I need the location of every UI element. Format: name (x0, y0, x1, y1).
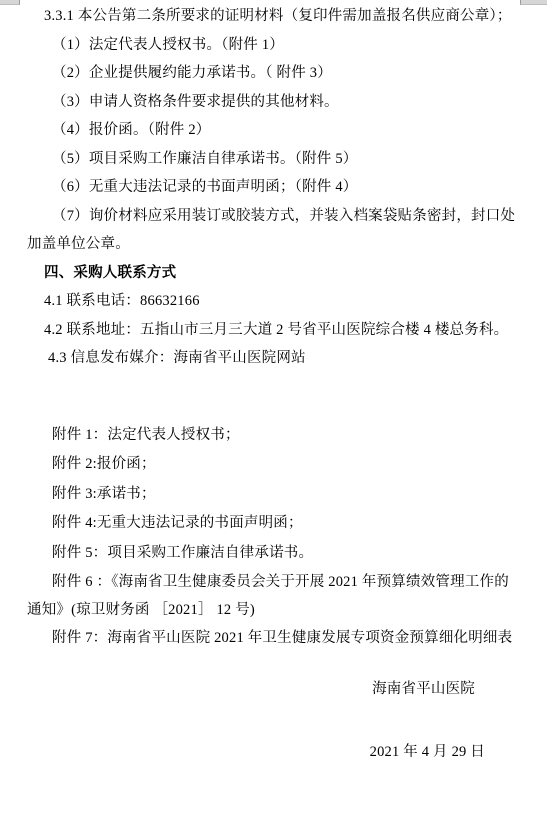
attachment-item-1: 附件 1：法定代表人授权书； (27, 421, 547, 451)
list-item-certification-5: （5）项目采购工作廉洁自律承诺书。（附件 5） (27, 145, 547, 174)
list-item-certification-7: （7）询价材料应采用装订或胶装方式，并装入档案袋贴条密封，封口处 (27, 202, 547, 231)
list-item-certification-2: （2）企业提供履约能力承诺书。（ 附件 3） (27, 59, 547, 88)
blank-space (27, 373, 547, 421)
signature-organization: 海南省平山医院 (27, 675, 547, 704)
attachment-item-6: 附件 6 ：《海南省卫生健康委员会关于开展 2021 年预算绩效管理工作的 (27, 568, 547, 596)
blank-space (27, 652, 547, 675)
paragraph-certification-intro: 3.3.1 本公告第二条所要求的证明材料（复印件需加盖报名供应商公章）； (27, 2, 547, 31)
signature-date: 2021 年 4 月 29 日 (27, 738, 547, 767)
list-item-certification-3: （3）申请人资格条件要求提供的其他材料。 (27, 88, 547, 117)
blank-space (27, 704, 547, 738)
attachment-item-6-continuation: 通知》(琼卫财务函 ［2021］ 12 号) (27, 596, 547, 624)
document-content: 3.3.1 本公告第二条所要求的证明材料（复印件需加盖报名供应商公章）； （1）… (0, 0, 547, 766)
list-item-certification-4: （4）报价函。（附件 2） (27, 116, 547, 145)
list-item-certification-1: （1）法定代表人授权书。（附件 1） (27, 31, 547, 60)
attachment-item-4: 附件 4:无重大违法记录的书面声明函； (27, 509, 547, 539)
list-item-certification-7-continuation: 加盖单位公章。 (27, 230, 547, 259)
contact-phone-line: 4.1 联系电话：86632166 (27, 287, 547, 316)
section-heading-contact: 四、采购人联系方式 (27, 259, 547, 288)
attachment-item-7: 附件 7：海南省平山医院 2021 年卫生健康发展专项资金预算细化明细表 (27, 624, 547, 652)
document-page: 3.3.1 本公告第二条所要求的证明材料（复印件需加盖报名供应商公章）； （1）… (0, 0, 547, 837)
attachment-item-5: 附件 5：项目采购工作廉洁自律承诺书。 (27, 539, 547, 569)
list-item-certification-6: （6）无重大违法记录的书面声明函；（附件 4） (27, 173, 547, 202)
contact-address-line: 4.2 联系地址：五指山市三月三大道 2 号省平山医院综合楼 4 楼总务科。 (27, 316, 547, 345)
attachment-item-2: 附件 2:报价函； (27, 450, 547, 480)
contact-media-line: 4.3 信息发布媒介：海南省平山医院网站 (27, 344, 547, 373)
attachment-item-3: 附件 3:承诺书； (27, 480, 547, 510)
